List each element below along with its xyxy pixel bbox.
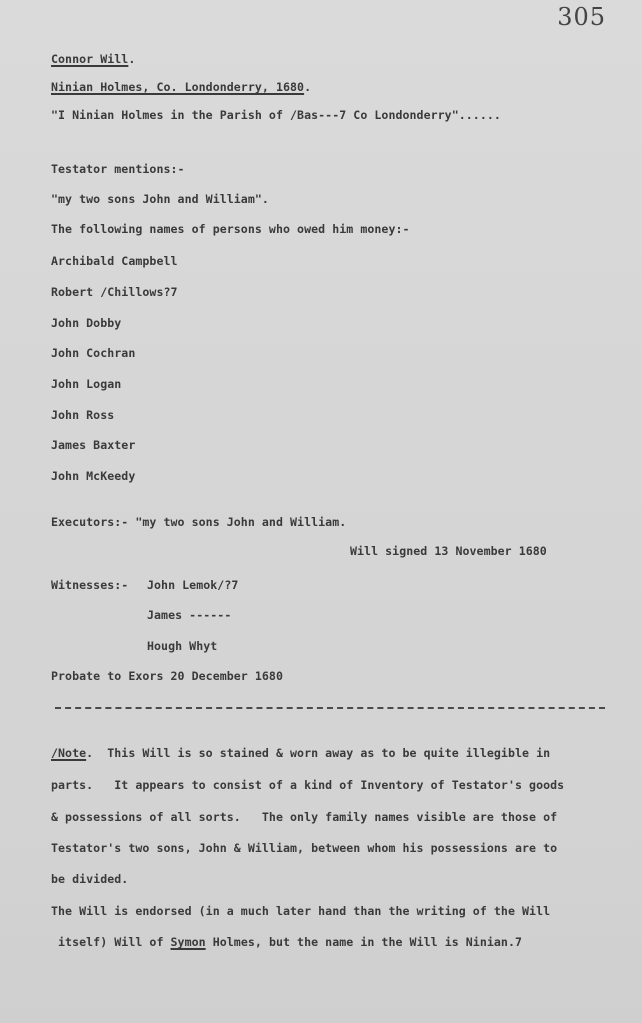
note-line: /Note. This Will is so stained & worn aw… (51, 746, 550, 760)
debtors-label: The following names of persons who owed … (51, 222, 410, 236)
subject-heading: Ninian Holmes, Co. Londonderry, 1680. (51, 80, 311, 94)
debtor-name: John Cochran (51, 346, 135, 360)
endorsement-line: The Will is endorsed (in a much later ha… (51, 904, 550, 918)
debtor-name: John Ross (51, 408, 114, 422)
witness-name: Hough Whyt (147, 639, 217, 653)
debtor-name: James Baxter (51, 438, 135, 452)
witnesses-label: Witnesses:- (51, 578, 128, 592)
subject-title: Ninian Holmes, Co. Londonderry, 1680 (51, 80, 304, 94)
debtor-name: John Dobby (51, 316, 121, 330)
debtor-name: Archibald Campbell (51, 254, 178, 268)
note-label: /Note (51, 746, 86, 760)
endorsement-line: itself) Will of Symon Holmes, but the na… (51, 935, 522, 949)
witness-name: John Lemok/?7 (147, 578, 238, 592)
testator-mentions-label: Testator mentions:- (51, 162, 185, 176)
note-line: & possessions of all sorts. The only fam… (51, 810, 557, 824)
probate: Probate to Exors 20 December 1680 (51, 669, 283, 683)
witness-name: James ------ (147, 608, 231, 622)
collection-title: Connor Will (51, 52, 128, 66)
will-signed-date: Will signed 13 November 1680 (350, 544, 547, 558)
page-number: 305 (557, 3, 606, 31)
debtor-name: John McKeedy (51, 469, 135, 483)
executors: Executors:- "my two sons John and Willia… (51, 515, 346, 529)
testator-mentions-quote: "my two sons John and William". (51, 192, 269, 206)
opening-quote: "I Ninian Holmes in the Parish of /Bas--… (51, 108, 501, 122)
document-page: 305 Connor Will. Ninian Holmes, Co. Lond… (0, 0, 642, 1023)
debtor-name: John Logan (51, 377, 121, 391)
note-line: parts. It appears to consist of a kind o… (51, 778, 564, 792)
note-line: be divided. (51, 872, 128, 886)
note-line: Testator's two sons, John & William, bet… (51, 841, 557, 855)
collection-heading: Connor Will. (51, 52, 135, 66)
endorsed-name: Symon (171, 935, 206, 949)
dashed-divider (55, 707, 605, 709)
debtor-name: Robert /Chillows?7 (51, 285, 178, 299)
